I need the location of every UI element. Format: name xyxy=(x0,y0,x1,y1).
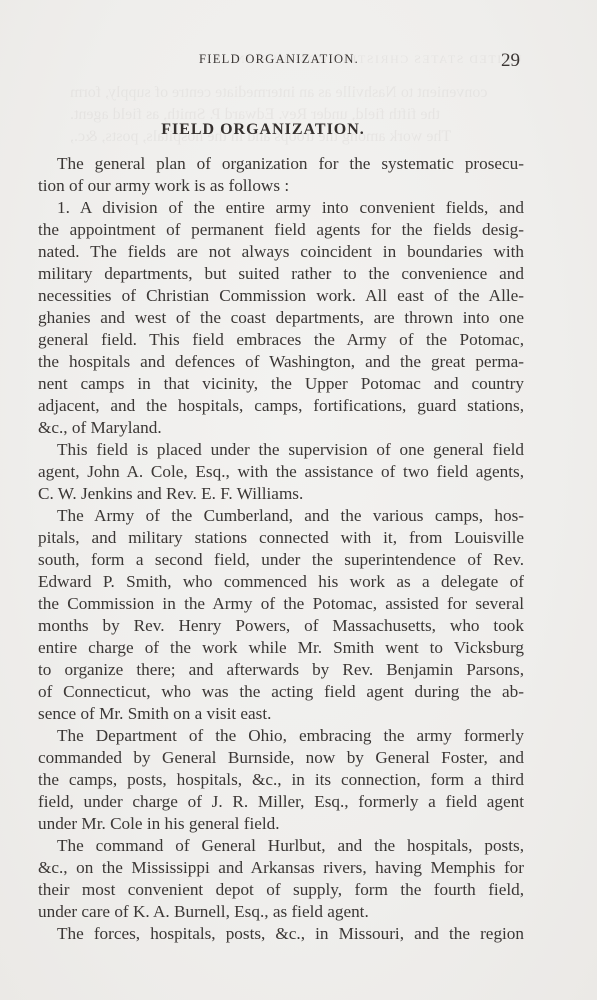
text-line: agent, John A. Cole, Esq., with the assi… xyxy=(38,461,524,483)
text-line: necessities of Christian Commission work… xyxy=(38,285,524,307)
text-line: commanded by General Burnside, now by Ge… xyxy=(38,747,524,769)
text-line: under care of K. A. Burnell, Esq., as fi… xyxy=(38,901,524,923)
text-line: of Connecticut, who was the acting field… xyxy=(38,681,524,703)
text-line: The forces, hospitals, posts, &c., in Mi… xyxy=(38,923,524,945)
text-line: The Army of the Cumberland, and the vari… xyxy=(38,505,524,527)
running-title: FIELD ORGANIZATION. xyxy=(199,52,359,67)
text-line: months by Rev. Henry Powers, of Massachu… xyxy=(38,615,524,637)
text-line: entire charge of the work while Mr. Smit… xyxy=(38,637,524,659)
book-page: UNITED STATES CHRISTIAN COMMISSION. conv… xyxy=(0,0,597,1000)
text-line: under Mr. Cole in his general field. xyxy=(38,813,524,835)
text-line: sence of Mr. Smith on a visit east. xyxy=(38,703,524,725)
text-line: the hospitals and defences of Washington… xyxy=(38,351,524,373)
text-line: the appointment of permanent field agent… xyxy=(38,219,524,241)
text-line: &c., of Maryland. xyxy=(38,417,524,439)
bleed-line: convenient to Nashville as an intermedia… xyxy=(70,84,488,102)
text-line: the Commission in the Army of the Potoma… xyxy=(38,593,524,615)
text-line: The command of General Hurlbut, and the … xyxy=(38,835,524,857)
text-line: pitals, and military stations connected … xyxy=(38,527,524,549)
text-line: the camps, posts, hospitals, &c., in its… xyxy=(38,769,524,791)
text-line: &c., on the Mississippi and Arkansas riv… xyxy=(38,857,524,879)
text-line: general field. This field embraces the A… xyxy=(38,329,524,351)
text-line: nent camps in that vicinity, the Upper P… xyxy=(38,373,524,395)
text-line: The Department of the Ohio, embracing th… xyxy=(38,725,524,747)
text-line: nated. The fields are not always coincid… xyxy=(38,241,524,263)
body-text: The general plan of organization for the… xyxy=(38,153,524,945)
text-line: military departments, but suited rather … xyxy=(38,263,524,285)
text-line: adjacent, and the hospitals, camps, fort… xyxy=(38,395,524,417)
text-line: south, form a second field, under the su… xyxy=(38,549,524,571)
text-line: ghanies and west of the coast department… xyxy=(38,307,524,329)
text-line: their most convenient depot of supply, f… xyxy=(38,879,524,901)
text-line: 1. A division of the entire army into co… xyxy=(38,197,524,219)
text-line: Edward P. Smith, who commenced his work … xyxy=(38,571,524,593)
text-line: C. W. Jenkins and Rev. E. F. Williams. xyxy=(38,483,524,505)
text-line: The general plan of organization for the… xyxy=(38,153,524,175)
section-title: FIELD ORGANIZATION. xyxy=(38,121,522,139)
text-line: This field is placed under the supervisi… xyxy=(38,439,524,461)
text-line: tion of our army work is as follows : xyxy=(38,175,524,197)
text-line: field, under charge of J. R. Miller, Esq… xyxy=(38,791,524,813)
page-number: 29 xyxy=(501,50,520,72)
text-line: to organize there; and afterwards by Rev… xyxy=(38,659,524,681)
running-header: FIELD ORGANIZATION. 29 xyxy=(0,50,597,70)
